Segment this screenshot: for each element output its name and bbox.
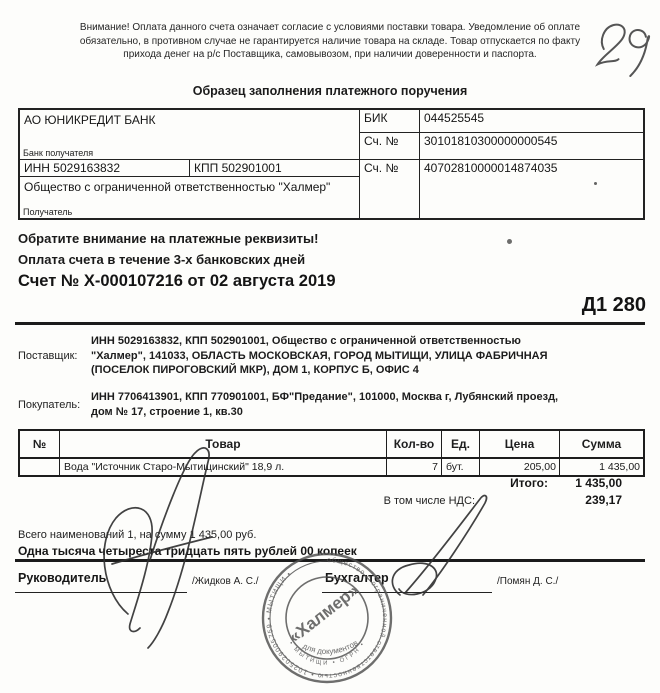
- scan-speck: [594, 182, 597, 185]
- item-number: [20, 459, 60, 475]
- recipient-cell: Общество с ограниченной ответственностью…: [20, 177, 360, 218]
- bik-label-cell: БИК: [360, 110, 420, 133]
- buyer-details-line: ИНН 7706413901, КПП 770901001, БФ"Предан…: [91, 390, 558, 405]
- col-header-quantity: Кол-во: [387, 431, 442, 457]
- company-stamp: общество с ограниченной ответственностью…: [257, 548, 397, 693]
- accountant-name: /Помян Д. С./: [497, 576, 558, 587]
- corr-account-value-cell: 30101810300000000545: [420, 133, 643, 160]
- item-sum: 1 435,00: [560, 459, 643, 475]
- requisites-attention-note: Обратите внимание на платежные реквизиты…: [18, 231, 318, 246]
- vat-value: 239,17: [512, 493, 622, 507]
- supplier-details-line: "Халмер", 141033, ОБЛАСТЬ МОСКОВСКАЯ, ГО…: [91, 349, 548, 364]
- buyer-details: ИНН 7706413901, КПП 770901001, БФ"Предан…: [91, 390, 558, 419]
- handwritten-page-number: [592, 18, 658, 80]
- supplier-details-line: ИНН 5029163832, КПП 502901001, Общество …: [91, 334, 548, 349]
- scan-speck: [507, 239, 512, 244]
- supplier-details: ИНН 5029163832, КПП 502901001, Общество …: [91, 334, 548, 378]
- supplier-label: Поставщик:: [18, 350, 91, 362]
- kpp-cell: КПП 502901001: [190, 160, 360, 177]
- bank-requisites-table: АО ЮНИКРЕДИТ БАНК Банк получателя БИК 04…: [18, 108, 645, 220]
- item-price: 205,00: [480, 459, 560, 475]
- item-unit: бут.: [442, 459, 480, 475]
- buyer-label: Покупатель:: [18, 399, 91, 411]
- account-value-cell: 40702810000014874035: [420, 160, 643, 218]
- accountant-signature-scribble: [385, 485, 497, 607]
- invoice-number-title: Счет № Х-000107216 от 02 августа 2019: [18, 272, 336, 291]
- disclaimer-line: обязательно, в противном случае не гаран…: [80, 36, 580, 47]
- divider-line-top: [15, 322, 645, 325]
- corr-account-label-cell: Сч. №: [360, 133, 420, 160]
- recipient-caption: Получатель: [23, 207, 72, 217]
- total-value: 1 435,00: [512, 476, 622, 490]
- buyer-row: Покупатель: ИНН 7706413901, КПП 77090100…: [18, 390, 643, 419]
- col-header-number: №: [20, 431, 60, 457]
- sample-payment-order-heading: Образец заполнения платежного поручения: [0, 84, 660, 98]
- supplier-row: Поставщик: ИНН 5029163832, КПП 502901001…: [18, 334, 643, 378]
- inn-cell: ИНН 5029163832: [20, 160, 190, 177]
- bank-name-caption: Банк получателя: [23, 148, 93, 158]
- buyer-details-line: дом № 17, строение 1, кв.30: [91, 405, 558, 420]
- bank-name-cell: АО ЮНИКРЕДИТ БАНК Банк получателя: [20, 110, 360, 160]
- bank-name: АО ЮНИКРЕДИТ БАНК: [24, 113, 156, 127]
- item-quantity: 7: [387, 459, 442, 475]
- disclaimer-line: прихода денег на р/с Поставщика, самовыв…: [123, 49, 536, 60]
- col-header-price: Цена: [480, 431, 560, 457]
- payment-term-note: Оплата счета в течение 3-х банковских дн…: [18, 252, 305, 267]
- disclaimer-line: Внимание! Оплата данного счета означает …: [80, 22, 580, 33]
- invoice-scan-page: Внимание! Оплата данного счета означает …: [0, 0, 660, 693]
- director-signature-scribble: [92, 442, 224, 652]
- supplier-details-line: (ПОСЕЛОК ПИРОГОВСКИЙ МКР), ДОМ 1, КОРПУС…: [91, 363, 548, 378]
- document-mark: Д1 280: [582, 294, 646, 317]
- bik-value-cell: 044525545: [420, 110, 643, 133]
- payment-disclaimer: Внимание! Оплата данного счета означает …: [75, 21, 585, 62]
- col-header-sum: Сумма: [560, 431, 643, 457]
- col-header-unit: Ед.: [442, 431, 480, 457]
- recipient-name: Общество с ограниченной ответственностью…: [24, 180, 330, 194]
- account-label-cell: Сч. №: [360, 160, 420, 218]
